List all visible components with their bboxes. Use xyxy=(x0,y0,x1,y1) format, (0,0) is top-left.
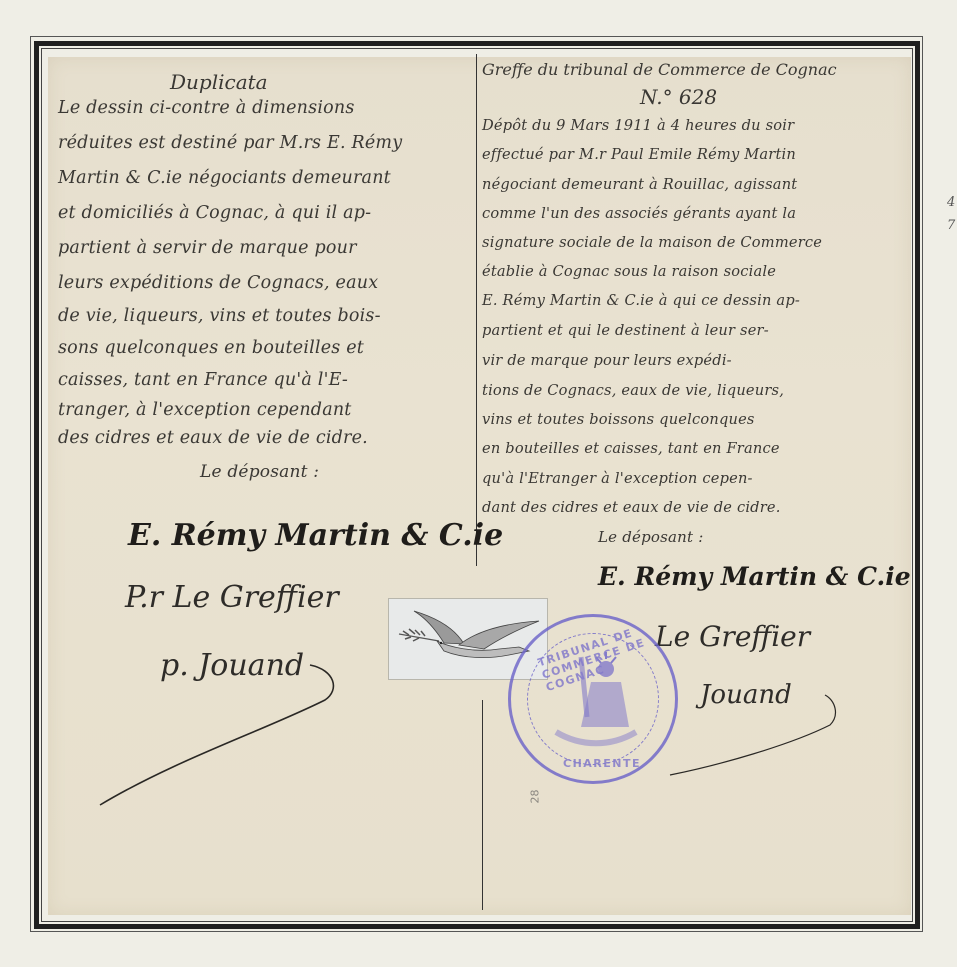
left-line: tranger, à l'exception cependant xyxy=(58,400,352,420)
right-line: partient et qui le destinent à leur ser- xyxy=(482,322,769,339)
left-line: Le dessin ci-contre à dimensions xyxy=(58,98,355,118)
registry-header: Greffe du tribunal de Commerce de Cognac xyxy=(482,60,837,79)
right-depositor-label: Le déposant : xyxy=(598,528,703,546)
right-line: Dépôt du 9 Mars 1911 à 4 heures du soir xyxy=(482,117,794,134)
right-line: effectué par M.r Paul Emile Rémy Martin xyxy=(482,146,796,163)
right-depositor-signature: E. Rémy Martin & C.ie xyxy=(598,562,911,591)
right-signature-flourish xyxy=(660,690,860,790)
left-signature-flourish xyxy=(95,660,345,810)
seal-bottom-text: CHARENTE xyxy=(563,757,641,770)
right-clerk-label: Le Greffier xyxy=(655,620,810,653)
left-line: sons quelconques en bouteilles et xyxy=(58,338,364,358)
right-line: vins et toutes boissons quelconques xyxy=(482,411,755,428)
right-line: dant des cidres et eaux de vie de cidre. xyxy=(482,499,781,516)
right-line: établie à Cognac sous la raison sociale xyxy=(482,263,776,280)
left-line: partient à servir de marque pour xyxy=(58,238,357,258)
seal-figure-icon xyxy=(551,647,641,757)
right-line: en bouteilles et caisses, tant en France xyxy=(482,440,780,457)
right-line: signature sociale de la maison de Commer… xyxy=(482,234,822,251)
deposit-number: N.° 628 xyxy=(640,85,717,109)
right-line: comme l'un des associés gérants ayant la xyxy=(482,205,796,222)
left-line: Martin & C.ie négociants demeurant xyxy=(58,168,391,188)
tribunal-seal-stamp: TRIBUNAL DE COMMERCE DE COGNAC CHARENTE xyxy=(508,614,678,784)
column-divider-lower xyxy=(482,700,483,910)
margin-note-7: 7 xyxy=(947,218,955,233)
left-line: caisses, tant en France qu'à l'E- xyxy=(58,370,348,390)
left-line: et domiciliés à Cognac, à qui il ap- xyxy=(58,203,371,223)
right-line: qu'à l'Etranger à l'exception cepen- xyxy=(482,470,753,487)
left-depositor-label: Le déposant : xyxy=(200,462,319,482)
right-line: vir de marque pour leurs expédi- xyxy=(482,352,732,369)
duplicata-title: Duplicata xyxy=(170,70,268,94)
pencil-mark: 28 xyxy=(529,790,542,804)
left-clerk-label: P.r Le Greffier xyxy=(125,580,339,615)
right-line: E. Rémy Martin & C.ie à qui ce dessin ap… xyxy=(482,292,800,309)
right-line: négociant demeurant à Rouillac, agissant xyxy=(482,176,797,193)
column-divider xyxy=(476,54,477,566)
left-line: des cidres et eaux de vie de cidre. xyxy=(58,428,368,448)
right-line: tions de Cognacs, eaux de vie, liqueurs, xyxy=(482,382,784,399)
left-depositor-signature: E. Rémy Martin & C.ie xyxy=(128,518,503,553)
left-line: leurs expéditions de Cognacs, eaux xyxy=(58,273,378,293)
left-line: réduites est destiné par M.rs E. Rémy xyxy=(58,133,402,153)
left-line: de vie, liqueurs, vins et toutes bois- xyxy=(58,306,381,326)
margin-note-4: 4 xyxy=(947,195,955,210)
